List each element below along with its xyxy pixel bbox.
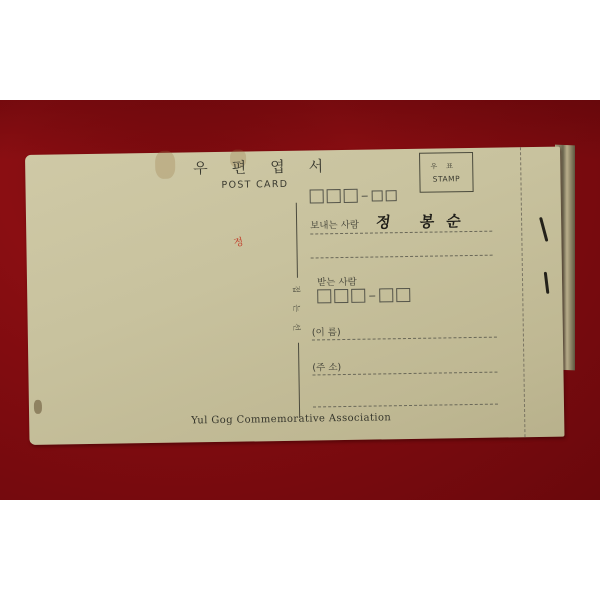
stain: [34, 400, 42, 414]
fold-char: 선: [291, 323, 302, 331]
stub-ink-mark: [539, 217, 548, 242]
zip-box: [334, 289, 348, 303]
zip-box: [396, 288, 410, 302]
zip-dash: [362, 195, 368, 196]
stamp-label-english: STAMP: [420, 174, 472, 184]
zip-dash: [369, 295, 375, 296]
zip-box: [327, 189, 341, 203]
zip-box: [344, 189, 358, 203]
stain: [155, 151, 175, 179]
sender-dotted-line: [310, 231, 492, 235]
red-handwritten-mark: 정: [232, 233, 245, 250]
fold-line-text: 접 는 선: [289, 284, 304, 333]
recipient-zip-code-boxes: [317, 288, 410, 303]
zip-box: [317, 289, 331, 303]
stub-ink-mark: [544, 272, 550, 294]
recipient-name-label: (이 름): [312, 324, 341, 338]
fold-char: 는: [291, 304, 302, 312]
zip-box: [310, 189, 324, 203]
sender-label: 보내는 사람: [310, 217, 359, 232]
publisher-footer: Yul Gog Commemorative Association: [191, 412, 391, 426]
zip-box: [379, 288, 393, 302]
postcard-title-english: POST CARD: [221, 179, 288, 191]
sender-zip-code-boxes: [310, 188, 397, 203]
postcard: 우편엽서 POST CARD 우표 STAMP 정 접 는 선 보내는 사람 정…: [25, 147, 564, 445]
zip-box: [386, 190, 397, 201]
sender-dotted-line-2: [311, 255, 493, 259]
recipient-address-label: (주 소): [312, 359, 341, 373]
recipient-address-line-2: [313, 404, 498, 408]
postcard-title-korean: 우편엽서: [193, 155, 347, 178]
recipient-label: 받는 사람: [317, 274, 357, 289]
perforation-line: [520, 147, 526, 437]
zip-box: [351, 289, 365, 303]
vertical-divider-top: [296, 203, 298, 278]
zip-box: [372, 190, 383, 201]
stamp-label-korean: 우표: [420, 161, 472, 172]
sender-handwritten-name: 정 봉순: [375, 210, 474, 233]
vertical-divider-bottom: [298, 343, 300, 418]
fold-char: 접: [291, 285, 302, 293]
stamp-box: 우표 STAMP: [419, 152, 474, 193]
